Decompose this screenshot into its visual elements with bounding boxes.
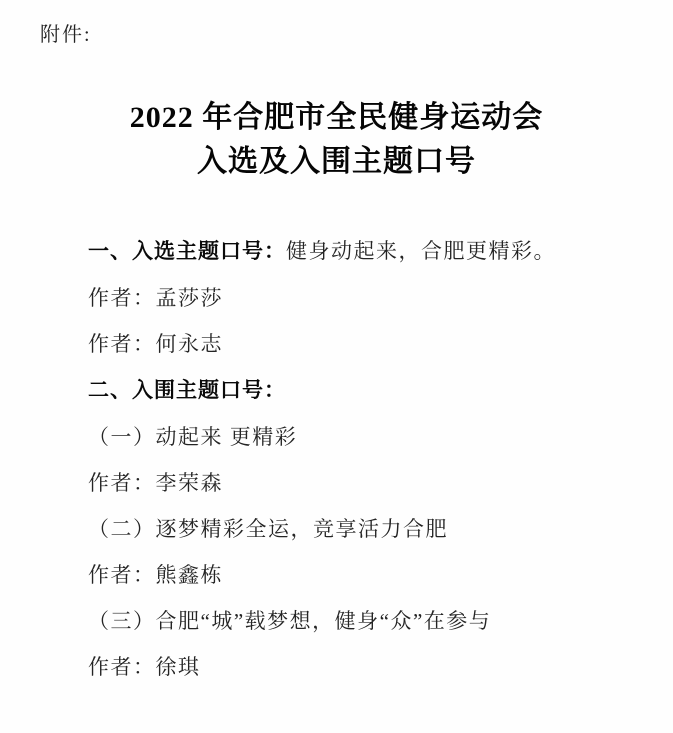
section-1-heading: 一、入选主题口号：	[88, 240, 286, 263]
document-page: 附件: 2022 年合肥市全民健身运动会 入选及入围主题口号 一、入选主题口号：…	[0, 0, 673, 733]
section-2-slogan-1: （一）动起来 更精彩	[88, 424, 633, 450]
title-line-1: 2022 年合肥市全民健身运动会	[0, 96, 673, 140]
section-2-heading-line: 二、入围主题口号：	[88, 377, 633, 404]
section-2-author-1: 作者：李荣森	[88, 470, 633, 496]
section-2-heading: 二、入围主题口号：	[88, 379, 286, 402]
section-1-author-1: 作者：孟莎莎	[88, 285, 633, 311]
section-1-heading-line: 一、入选主题口号：健身动起来，合肥更精彩。	[88, 238, 633, 265]
document-body: 一、入选主题口号：健身动起来，合肥更精彩。 作者：孟莎莎 作者：何永志 二、入围…	[88, 238, 633, 700]
section-2-author-2: 作者：熊鑫栋	[88, 562, 633, 588]
document-title: 2022 年合肥市全民健身运动会 入选及入围主题口号	[0, 96, 673, 184]
section-1-selected-slogan: 健身动起来，合肥更精彩。	[286, 239, 556, 263]
section-1-author-2: 作者：何永志	[88, 331, 633, 357]
section-2-slogan-2: （二）逐梦精彩全运，竞享活力合肥	[88, 516, 633, 542]
attachment-label: 附件:	[40, 18, 92, 47]
title-line-2: 入选及入围主题口号	[0, 140, 673, 184]
section-2-slogan-3: （三）合肥“城”载梦想，健身“众”在参与	[88, 608, 633, 634]
section-2-author-3: 作者：徐琪	[88, 654, 633, 680]
